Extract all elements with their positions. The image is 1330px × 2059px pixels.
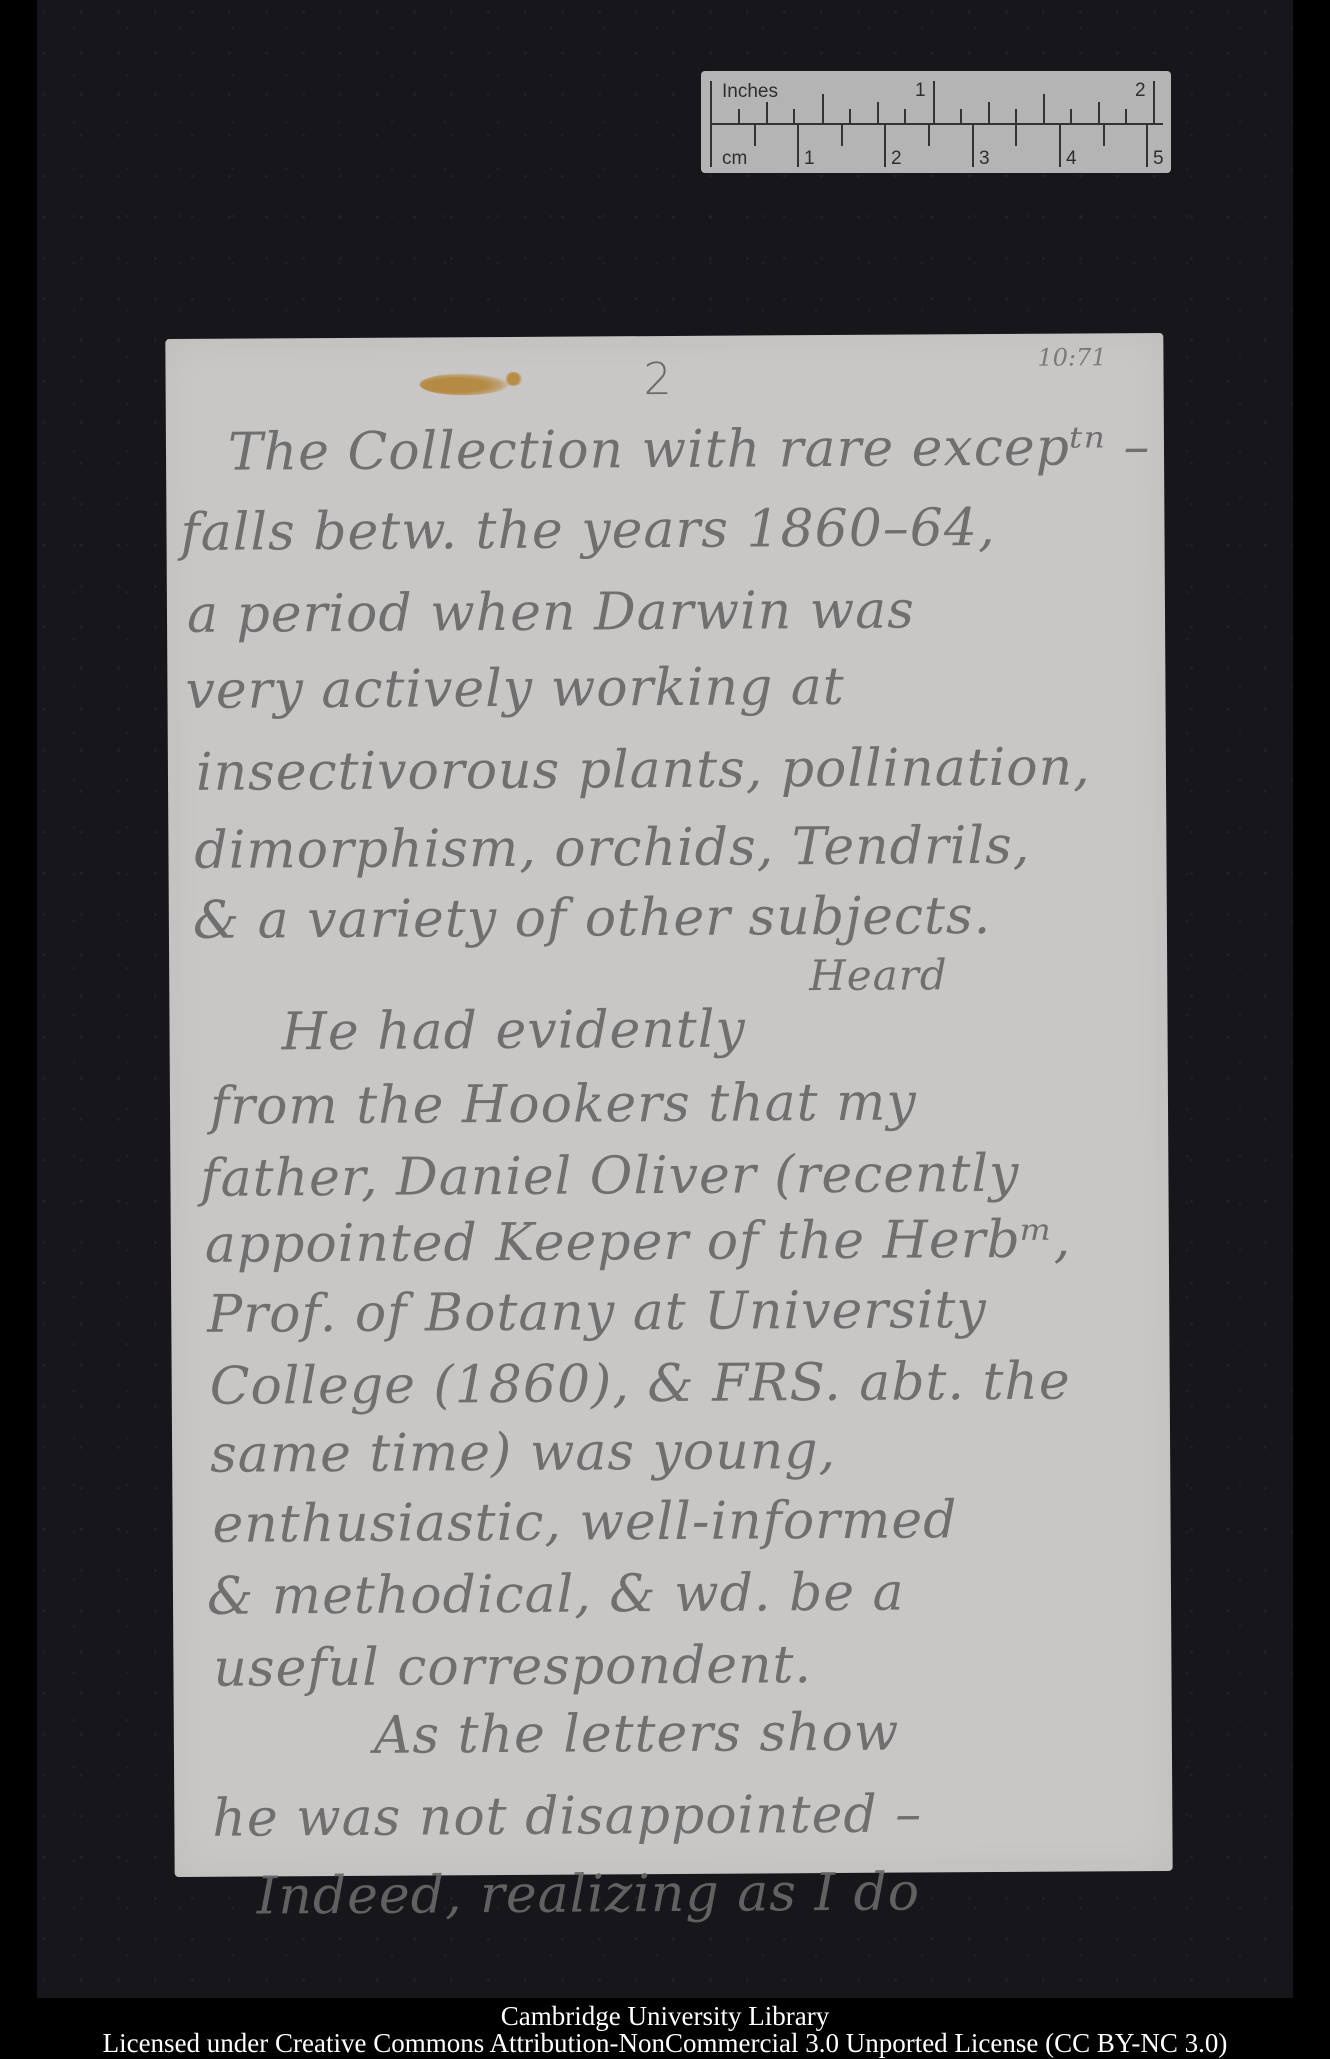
ruler-cm-mark-1: 1 xyxy=(804,149,815,168)
scale-ruler: Inches cm 1 2 1 2 3 4 5 xyxy=(701,71,1171,173)
ruler-cm-mark-3: 3 xyxy=(979,149,990,168)
handwritten-line-1: The Collection with rare excepᵗⁿ – xyxy=(228,421,1151,479)
ruler-cm-mark-2: 2 xyxy=(891,149,902,168)
handwritten-line-18: As the letters show xyxy=(374,1707,900,1762)
handwritten-line-7: & a variety of other subjects. xyxy=(193,890,992,947)
footer-license: Licensed under Creative Commons Attribut… xyxy=(0,2030,1330,2057)
ruler-inches-label: Inches xyxy=(722,82,778,101)
ruler-cm-mark-5: 5 xyxy=(1153,149,1164,168)
handwritten-line-4: very actively working at xyxy=(185,661,845,717)
stain-mark-small xyxy=(504,372,524,386)
handwritten-line-10: father, Daniel Oliver (recently xyxy=(200,1148,1019,1205)
handwritten-line-14: same time) was young, xyxy=(210,1425,836,1481)
manuscript-page: 2 10:71 The Collection with rare excepᵗⁿ… xyxy=(165,333,1172,1877)
handwritten-line-13: College (1860), & FRS. abt. the xyxy=(210,1356,1071,1413)
page-number: 2 xyxy=(643,354,671,405)
handwritten-insertion-heard: Heard xyxy=(809,954,948,997)
footer-institution: Cambridge University Library xyxy=(0,2003,1330,2030)
stain-mark xyxy=(420,373,510,396)
handwritten-line-16: & methodical, & wd. be a xyxy=(207,1567,905,1623)
handwritten-line-19: he was not disappointed – xyxy=(212,1788,922,1844)
handwritten-line-11: appointed Keeper of the Herbᵐ, xyxy=(205,1214,1072,1271)
handwritten-line-20: Indeed, realizing as I do xyxy=(257,1866,921,1922)
handwritten-line-3: a period when Darwin was xyxy=(187,584,915,640)
handwritten-line-5: insectivorous plants, pollination, xyxy=(196,741,1091,798)
handwritten-line-12: Prof. of Botany at University xyxy=(207,1284,987,1341)
ruler-cm-label: cm xyxy=(722,149,747,168)
ruler-inch-mark-1: 1 xyxy=(915,81,926,100)
archive-reference-number: 10:71 xyxy=(1037,343,1106,371)
ruler-cm-mark-4: 4 xyxy=(1066,149,1077,168)
ruler-inch-mark-2: 2 xyxy=(1135,81,1146,100)
handwritten-line-9: from the Hookers that my xyxy=(210,1076,917,1132)
handwritten-line-15: enthusiastic, well-informed xyxy=(212,1494,957,1551)
handwritten-line-8: He had evidently xyxy=(281,1004,746,1059)
handwritten-line-2: falls betw. the years 1860–64, xyxy=(180,502,995,559)
handwritten-line-17: useful correspondent. xyxy=(213,1639,812,1695)
handwritten-line-6: dimorphism, orchids, Tendrils, xyxy=(194,820,1030,877)
